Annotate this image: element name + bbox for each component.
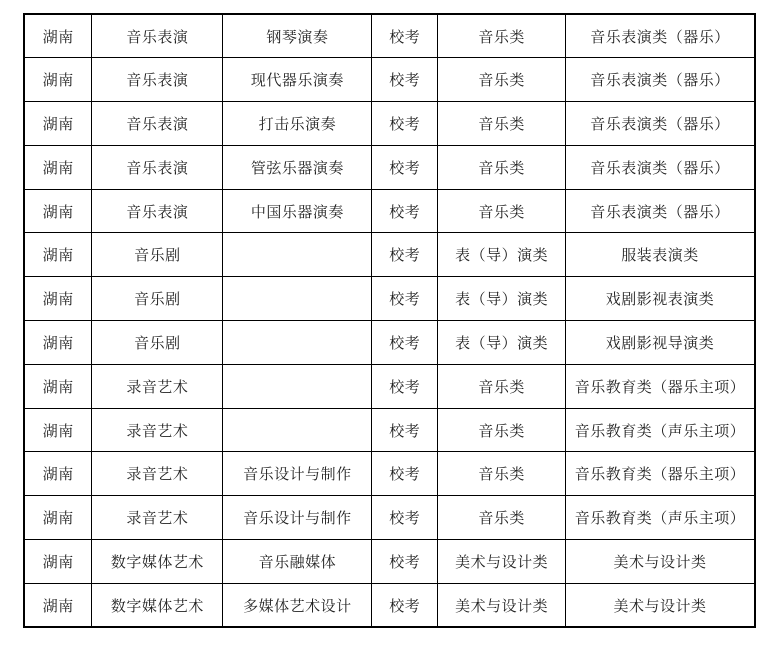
cell-major: 音乐剧 bbox=[92, 321, 223, 365]
cell-specialization: 中国乐器演奏 bbox=[223, 189, 372, 233]
cell-major: 录音艺术 bbox=[92, 496, 223, 540]
cell-subject-category: 戏剧影视表演类 bbox=[566, 277, 755, 321]
cell-exam-type: 校考 bbox=[372, 233, 438, 277]
cell-major: 录音艺术 bbox=[92, 364, 223, 408]
cell-subject-category: 音乐表演类（器乐） bbox=[566, 102, 755, 146]
cell-exam-category: 音乐类 bbox=[438, 145, 566, 189]
cell-exam-type: 校考 bbox=[372, 102, 438, 146]
cell-exam-category: 表（导）演类 bbox=[438, 321, 566, 365]
cell-subject-category: 戏剧影视导演类 bbox=[566, 321, 755, 365]
cell-exam-type: 校考 bbox=[372, 321, 438, 365]
cell-subject-category: 音乐表演类（器乐） bbox=[566, 58, 755, 102]
table-row: 湖南录音艺术校考音乐类音乐教育类（器乐主项） bbox=[24, 364, 755, 408]
cell-major: 音乐表演 bbox=[92, 189, 223, 233]
cell-exam-category: 音乐类 bbox=[438, 408, 566, 452]
cell-major: 音乐表演 bbox=[92, 102, 223, 146]
cell-specialization: 音乐设计与制作 bbox=[223, 496, 372, 540]
cell-subject-category: 美术与设计类 bbox=[566, 583, 755, 627]
table-row: 湖南音乐表演中国乐器演奏校考音乐类音乐表演类（器乐） bbox=[24, 189, 755, 233]
cell-subject-category: 音乐表演类（器乐） bbox=[566, 145, 755, 189]
cell-exam-type: 校考 bbox=[372, 364, 438, 408]
cell-exam-type: 校考 bbox=[372, 189, 438, 233]
cell-exam-category: 音乐类 bbox=[438, 364, 566, 408]
cell-province: 湖南 bbox=[24, 496, 92, 540]
table-row: 湖南录音艺术校考音乐类音乐教育类（声乐主项） bbox=[24, 408, 755, 452]
cell-specialization bbox=[223, 233, 372, 277]
table-row: 湖南音乐表演打击乐演奏校考音乐类音乐表演类（器乐） bbox=[24, 102, 755, 146]
cell-specialization: 管弦乐器演奏 bbox=[223, 145, 372, 189]
cell-subject-category: 音乐教育类（声乐主项） bbox=[566, 496, 755, 540]
cell-specialization: 多媒体艺术设计 bbox=[223, 583, 372, 627]
cell-specialization: 钢琴演奏 bbox=[223, 14, 372, 58]
cell-major: 录音艺术 bbox=[92, 452, 223, 496]
cell-province: 湖南 bbox=[24, 408, 92, 452]
table-row: 湖南音乐表演现代器乐演奏校考音乐类音乐表演类（器乐） bbox=[24, 58, 755, 102]
cell-exam-category: 音乐类 bbox=[438, 452, 566, 496]
cell-province: 湖南 bbox=[24, 58, 92, 102]
cell-subject-category: 音乐表演类（器乐） bbox=[566, 189, 755, 233]
cell-major: 音乐剧 bbox=[92, 277, 223, 321]
cell-specialization bbox=[223, 321, 372, 365]
table-row: 湖南音乐剧校考表（导）演类戏剧影视表演类 bbox=[24, 277, 755, 321]
cell-province: 湖南 bbox=[24, 583, 92, 627]
cell-specialization bbox=[223, 277, 372, 321]
cell-province: 湖南 bbox=[24, 14, 92, 58]
table-row: 湖南音乐剧校考表（导）演类戏剧影视导演类 bbox=[24, 321, 755, 365]
table-row: 湖南数字媒体艺术多媒体艺术设计校考美术与设计类美术与设计类 bbox=[24, 583, 755, 627]
cell-specialization: 音乐融媒体 bbox=[223, 540, 372, 584]
cell-specialization: 现代器乐演奏 bbox=[223, 58, 372, 102]
cell-exam-category: 音乐类 bbox=[438, 58, 566, 102]
cell-subject-category: 服装表演类 bbox=[566, 233, 755, 277]
cell-exam-type: 校考 bbox=[372, 452, 438, 496]
cell-specialization bbox=[223, 408, 372, 452]
cell-exam-category: 音乐类 bbox=[438, 102, 566, 146]
table-row: 湖南音乐剧校考表（导）演类服装表演类 bbox=[24, 233, 755, 277]
admissions-table: 湖南音乐表演钢琴演奏校考音乐类音乐表演类（器乐）湖南音乐表演现代器乐演奏校考音乐… bbox=[23, 13, 756, 628]
cell-province: 湖南 bbox=[24, 321, 92, 365]
cell-exam-type: 校考 bbox=[372, 145, 438, 189]
cell-exam-type: 校考 bbox=[372, 583, 438, 627]
cell-major: 音乐剧 bbox=[92, 233, 223, 277]
cell-exam-type: 校考 bbox=[372, 58, 438, 102]
cell-exam-category: 美术与设计类 bbox=[438, 540, 566, 584]
cell-province: 湖南 bbox=[24, 364, 92, 408]
cell-subject-category: 音乐表演类（器乐） bbox=[566, 14, 755, 58]
cell-specialization: 音乐设计与制作 bbox=[223, 452, 372, 496]
cell-province: 湖南 bbox=[24, 277, 92, 321]
table-row: 湖南音乐表演管弦乐器演奏校考音乐类音乐表演类（器乐） bbox=[24, 145, 755, 189]
cell-major: 数字媒体艺术 bbox=[92, 540, 223, 584]
cell-major: 音乐表演 bbox=[92, 14, 223, 58]
cell-province: 湖南 bbox=[24, 233, 92, 277]
cell-subject-category: 音乐教育类（声乐主项） bbox=[566, 408, 755, 452]
cell-major: 录音艺术 bbox=[92, 408, 223, 452]
cell-exam-category: 音乐类 bbox=[438, 189, 566, 233]
cell-major: 数字媒体艺术 bbox=[92, 583, 223, 627]
cell-major: 音乐表演 bbox=[92, 145, 223, 189]
cell-exam-type: 校考 bbox=[372, 496, 438, 540]
cell-exam-type: 校考 bbox=[372, 408, 438, 452]
table-row: 湖南数字媒体艺术音乐融媒体校考美术与设计类美术与设计类 bbox=[24, 540, 755, 584]
table-row: 湖南录音艺术音乐设计与制作校考音乐类音乐教育类（声乐主项） bbox=[24, 496, 755, 540]
cell-subject-category: 音乐教育类（器乐主项） bbox=[566, 364, 755, 408]
cell-specialization bbox=[223, 364, 372, 408]
table-row: 湖南音乐表演钢琴演奏校考音乐类音乐表演类（器乐） bbox=[24, 14, 755, 58]
cell-province: 湖南 bbox=[24, 102, 92, 146]
cell-exam-category: 表（导）演类 bbox=[438, 233, 566, 277]
cell-subject-category: 音乐教育类（器乐主项） bbox=[566, 452, 755, 496]
cell-specialization: 打击乐演奏 bbox=[223, 102, 372, 146]
cell-subject-category: 美术与设计类 bbox=[566, 540, 755, 584]
cell-province: 湖南 bbox=[24, 452, 92, 496]
cell-major: 音乐表演 bbox=[92, 58, 223, 102]
cell-exam-type: 校考 bbox=[372, 14, 438, 58]
cell-exam-type: 校考 bbox=[372, 540, 438, 584]
cell-exam-category: 音乐类 bbox=[438, 14, 566, 58]
table-row: 湖南录音艺术音乐设计与制作校考音乐类音乐教育类（器乐主项） bbox=[24, 452, 755, 496]
cell-exam-category: 音乐类 bbox=[438, 496, 566, 540]
cell-province: 湖南 bbox=[24, 145, 92, 189]
cell-exam-category: 表（导）演类 bbox=[438, 277, 566, 321]
cell-province: 湖南 bbox=[24, 189, 92, 233]
cell-exam-category: 美术与设计类 bbox=[438, 583, 566, 627]
cell-province: 湖南 bbox=[24, 540, 92, 584]
cell-exam-type: 校考 bbox=[372, 277, 438, 321]
